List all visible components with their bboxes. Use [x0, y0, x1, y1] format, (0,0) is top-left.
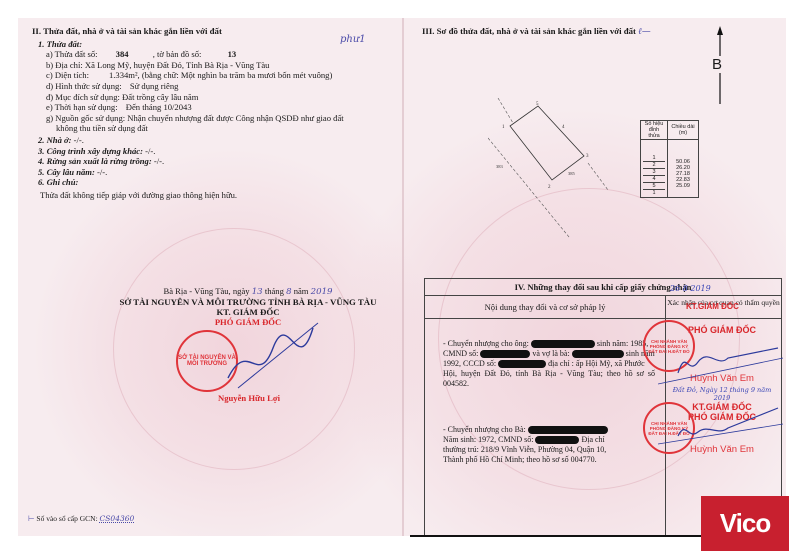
gcn-label: Số vào sổ cấp GCN:	[36, 514, 97, 523]
north-label: B	[711, 56, 723, 73]
entry-text: Năm sinh: 1972, CMND số:	[443, 435, 533, 444]
item-other-construction: 3. Công trình xây dựng khác: -/-.	[38, 146, 402, 157]
redacted-id	[535, 436, 579, 444]
length-header: Chiều dài (m)	[668, 121, 699, 140]
entry-text: CMND số:	[443, 349, 478, 358]
issuer-kt: KT. GIÁM ĐỐC	[88, 307, 408, 317]
entry-text: Thành phố Hồ Chí Minh; theo hồ sơ số 004…	[443, 455, 597, 464]
signature-scribbles-right	[658, 328, 786, 458]
issue-date-line: Bà Rịa - Vũng Tàu, ngày 13 tháng 8 năm 2…	[88, 286, 408, 297]
origin-row: g) Nguồn gốc sử dụng: Nhận chuyển nhượng…	[46, 113, 402, 124]
parcel-number-value: 384	[116, 49, 129, 59]
issue-day: 13	[252, 287, 263, 297]
usage-form-row: d) Hình thức sử dụng: Sử dụng riêng	[46, 81, 402, 92]
item-house: 2. Nhà ở: -/-.	[38, 135, 402, 146]
entry-text: địa chỉ : ấp Hội Mỹ, xã Phước	[548, 359, 645, 368]
gcn-entry: ⊢ Số vào sổ cấp GCN: CS04360	[28, 514, 134, 523]
vertex-label-2: 2	[548, 185, 551, 190]
vertex-label-4: 4	[562, 125, 565, 130]
changes-col-content: Nội dung thay đổi và cơ sở pháp lý	[425, 296, 666, 318]
redacted-id	[480, 350, 530, 358]
usage-purpose-value: Đất trồng cây lâu năm	[122, 92, 198, 102]
vertex-header: Số hiệu đỉnh thửa	[641, 121, 668, 140]
item-value: -/-.	[154, 156, 164, 166]
usage-form-value: Sử dụng riêng	[130, 81, 179, 91]
vertex-label-1: 1	[502, 125, 505, 130]
brand-text: Vico	[720, 508, 770, 539]
handwritten-tick-icon: ℓ—	[638, 27, 650, 37]
address-value: Xã Long Mỹ, huyện Đất Đỏ, Tỉnh Bà Rịa - …	[85, 60, 270, 70]
issue-year: 2019	[311, 287, 333, 297]
entry-text: và vợ là bà:	[532, 349, 569, 358]
changes-title: IV. Những thay đổi sau khi cấp giấy chứn…	[425, 279, 781, 296]
item-label: 4. Rừng sản xuất là rừng trồng:	[38, 156, 152, 166]
date-prefix: Bà Rịa - Vũng Tàu, ngày	[163, 286, 249, 296]
entry-text: Địa chỉ	[581, 435, 604, 444]
item-label: 5. Cây lâu năm:	[38, 167, 95, 177]
address-label: b) Địa chỉ:	[46, 60, 83, 70]
item-label: 6. Ghi chú:	[38, 177, 78, 187]
item-forest: 4. Rừng sản xuất là rừng trồng: -/-.	[38, 156, 402, 167]
entry-text: 1992, CCCD số:	[443, 359, 496, 368]
entry-text: - Chuyển nhượng cho ông:	[443, 339, 529, 348]
land-certificate-sheet: II. Thửa đất, nhà ở và tài sản khác gắn …	[18, 18, 786, 536]
length-cell: 25.09	[670, 183, 696, 189]
parcel-number-row: a) Thửa đất số: 384 , tờ bản đồ số: 13	[46, 49, 402, 60]
handwritten-mark: phư1	[340, 34, 366, 45]
vertex-cell: 3	[643, 169, 665, 176]
vertex-cell: 5	[643, 183, 665, 190]
year-label: năm	[294, 286, 309, 296]
gcn-value: CS04360	[100, 514, 135, 523]
redacted-name	[531, 340, 595, 348]
area-label: c) Diện tích:	[46, 70, 89, 80]
address-row: b) Địa chỉ: Xã Long Mỹ, huyện Đất Đỏ, Tỉ…	[46, 60, 402, 71]
vertex-cell: 4	[643, 176, 665, 183]
issuing-org: SỞ TÀI NGUYÊN VÀ MÔI TRƯỜNG TỈNH BÀ RỊA …	[88, 297, 408, 307]
redacted-name	[572, 350, 624, 358]
redacted-name	[528, 426, 608, 434]
item-label: 3. Công trình xây dựng khác:	[38, 146, 143, 156]
vertex-label-3: 3	[586, 154, 589, 159]
usage-term-label: e) Thời hạn sử dụng:	[46, 102, 118, 112]
issue-month: 8	[286, 287, 291, 297]
usage-term-value: Đến tháng 10/2043	[126, 102, 192, 112]
signature-scribble-left	[218, 318, 328, 398]
item-value: -/-.	[97, 167, 107, 177]
vertex-cell: 1	[643, 155, 665, 162]
usage-form-label: d) Hình thức sử dụng:	[46, 81, 122, 91]
vertex-cell: 2	[643, 162, 665, 169]
usage-purpose-label: đ) Mục đích sử dụng:	[46, 92, 120, 102]
entry-text: - Chuyển nhượng cho Bà:	[443, 425, 526, 434]
entry-text: thường trú: 218/9 Vĩnh Viễn, Phường 04, …	[443, 445, 606, 454]
edge-length-table: Số hiệu đỉnh thửa Chiều dài (m) 1 2 3 4 …	[640, 120, 699, 198]
changes-content-cell: - Chuyển nhượng cho ông: sinh năm: 1985,…	[425, 319, 666, 536]
change-entry-2: - Chuyển nhượng cho Bà: Năm sinh: 1972, …	[443, 425, 655, 465]
parcel-label-385: 385	[568, 171, 576, 176]
item-value: -/-.	[145, 146, 155, 156]
issuer-name: Nguyễn Hữu Lợi	[218, 393, 280, 403]
note-text: Thửa đất không tiếp giáp với đường giao …	[40, 190, 402, 201]
parcel-label-383: 383	[496, 164, 504, 169]
month-label: tháng	[265, 286, 284, 296]
origin-value: Nhận chuyển nhượng đất được Công nhận QS…	[127, 113, 343, 123]
length-column: 50.06 26.20 27.18 22.83 25.09	[668, 140, 699, 198]
item-value: -/-.	[74, 135, 84, 145]
origin-label: g) Nguồn gốc sử dụng:	[46, 113, 125, 123]
section-iii-text: III. Sơ đồ thửa đất, nhà ở và tài sản kh…	[422, 26, 636, 36]
redacted-id	[498, 360, 546, 368]
page-fold	[402, 18, 404, 536]
entry-text: Hội, huyện Đất Đỏ, tỉnh Bà Rịa - Vũng Tà…	[443, 369, 655, 388]
tick-mark-icon: ⊢	[28, 514, 35, 523]
item-label: 2. Nhà ở:	[38, 135, 72, 145]
entry-text: sinh năm: 1985,	[597, 339, 648, 348]
vertex-column: 1 2 3 4 5 1	[641, 140, 668, 198]
right-page: III. Sơ đồ thửa đất, nhà ở và tài sản kh…	[422, 26, 782, 39]
area-value: 1.334m², (bằng chữ: Một nghìn ba trăm ba…	[109, 70, 332, 80]
section-iii-title: III. Sơ đồ thửa đất, nhà ở và tài sản kh…	[422, 26, 782, 37]
change-entry-1: - Chuyển nhượng cho ông: sinh năm: 1985,…	[443, 339, 655, 389]
confirmation-kt-top: KT.GIÁM ĐỐC	[686, 302, 739, 311]
vertex-cell: 1	[643, 190, 665, 196]
origin-row-cont: không thu tiền sử dụng đất	[56, 123, 402, 134]
left-page: II. Thửa đất, nhà ở và tài sản khác gắn …	[32, 26, 402, 201]
map-sheet-label: , tờ bản đồ số:	[153, 49, 202, 59]
area-row: c) Diện tích:1.334m², (bằng chữ: Một ngh…	[46, 70, 402, 81]
vico-watermark-logo: Vico	[701, 496, 789, 551]
confirmation-date-top: 26 8 2019	[670, 284, 711, 293]
parcel-number-label: a) Thửa đất số:	[46, 49, 98, 59]
usage-purpose-row: đ) Mục đích sử dụng: Đất trồng cây lâu n…	[46, 92, 402, 103]
parcel-diagram: 1 5 4 3 2 383 385	[488, 98, 638, 238]
item-perennial-trees: 5. Cây lâu năm: -/-.	[38, 167, 402, 178]
map-sheet-value: 13	[228, 49, 237, 59]
usage-term-row: e) Thời hạn sử dụng: Đến tháng 10/2043	[46, 102, 402, 113]
item-notes: 6. Ghi chú:	[38, 177, 402, 188]
